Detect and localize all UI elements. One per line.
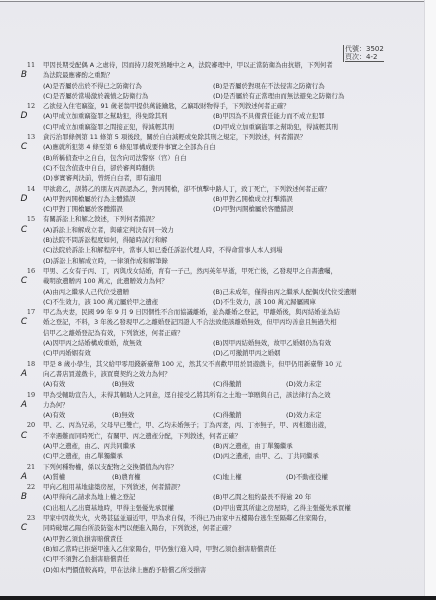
text-line: 13貪污治罪條例第 11 條第 5 項後段，關於自白減輕或免除其刑之規定，下列敘…: [0, 132, 424, 142]
text-line: (C)甲成立加重竊盜罪之間接正犯，得減輕其刑(D)甲成立加重竊盜罪之幫助犯，得減…: [0, 122, 424, 132]
question-number: 21: [25, 462, 37, 472]
question-stem: 貪污治罪條例第 11 條第 5 項後段，關於自白減輕或免除其刑之規定，下列敘述，…: [43, 132, 306, 142]
text-line: 16甲男、乙女有子丙、丁，丙與戊女結婚，育有一子己，然丙英年早逝，甲死亡後，乙發…: [0, 266, 424, 276]
question-13: 13貪污治罪條例第 11 條第 5 項後段，關於自白減輕或免除其刑之規定，下列敘…: [0, 132, 424, 183]
question-list: 11甲因長期受配偶 A 之虐待，因而持刀殺死熟睡中之 A，法院審理中，甲以正當防…: [0, 60, 424, 575]
text-line: (D)如木門價值較高時，甲在法律上應酌予賠償乙所受損害: [0, 565, 424, 575]
answer-option: (D)甲對丙開槍屬於客體錯誤: [213, 204, 293, 214]
answer-option: (C)甲不須對乙負損害賠償責任: [43, 554, 129, 564]
answer-option: (B)如乙當時已拒絕甲進入乙住家陽台，甲仍強行進入時，甲對乙須負損害賠償責任: [43, 544, 276, 554]
text-line: 20甲、乙、丙為兄弟，父母早已雙亡，甲、乙均未婚無子；丁為丙妻，丙、丁亦無子，甲…: [0, 420, 424, 430]
question-12: 12乙欲侵入住宅竊盜，91 歲老翁甲提供萬能鑰匙，乙竊取財物得手，下列敘述何者正…: [0, 101, 424, 132]
text-line: (A)由丙之繼承人己代位受遺贈(B)己未成年，僅得由丙之繼承人配偶戊代位受遺贈: [0, 287, 424, 297]
answer-option: (A)應就所犯第 4 條至第 6 條犯罪構成要件事實之全部為自白: [43, 142, 216, 152]
answer-option: (A)有效: [43, 379, 65, 389]
text-line: (C)是否屬於當場激於義憤之防衛行為(D)是否屬於有正當理由而無法避免之防衛行為: [0, 91, 424, 101]
question-stem: 乙欲侵入住宅竊盜，91 歲老翁甲提供萬能鑰匙，乙竊取財物得手，下列敘述何者正確？: [43, 101, 290, 111]
question-stem: 有關訴訟上和解之敘述，下列何者錯誤？: [43, 214, 158, 224]
question-stem: 甲、乙、丙為兄弟，父母早已雙亡，甲、乙均未婚無子；丁為丙妻，丙、丁亦無子，甲、丙…: [43, 420, 331, 430]
question-stem: 甲為受輔助宣告人，未得其輔助人之同意，逕自接受乙將其所有之土地一筆贈與自己，該法…: [43, 390, 331, 400]
handwritten-answer-mark: D: [18, 194, 30, 204]
text-line: 18甲是 8 歲小學生，其父給甲零用錢新臺幣 100 元，然其父不喜歡甲用於買遊…: [0, 359, 424, 369]
text-line: C同時破壞乙陽台所設防盜木門以便進入陽台，下列敘述，何者正確？: [0, 523, 424, 533]
answer-option: (A)訴訟上和解成立者，與確定判決有同一效力: [43, 225, 174, 235]
question-number: 18: [25, 359, 37, 369]
text-line: (A)因甲丙之結婚構成重婚，故無效(B)因甲丙結婚無效，故甲乙婚姻仍為有效: [0, 338, 424, 348]
text-line: (A)甲對乙須負損害賠償責任: [0, 534, 424, 544]
handwritten-answer-mark: C: [18, 523, 30, 533]
handwritten-answer-mark: A: [18, 369, 30, 379]
answer-option: (B)因甲丙結婚無效，故甲乙婚姻仍為有效: [213, 338, 331, 348]
text-line: (A)甲之遺產，由乙、丙共同繼承(B)丙之遺產，由丁單獨繼承: [0, 441, 424, 451]
question-number: 20: [25, 420, 37, 430]
text-line: 17甲乙為夫妻，民國 99 年 9 月 9 日因個性不合而協議離婚，並為離婚之登…: [0, 307, 424, 317]
text-line: (B)如乙當時已拒絕甲進入乙住家陽台，甲仍強行進入時，甲對乙須負損害賠償責任: [0, 544, 424, 554]
handwritten-answer-mark: D: [18, 111, 30, 121]
text-line: C載明欲遺贈丙 100 萬元，此遺贈效力為何？: [0, 276, 424, 286]
handwritten-answer-mark: C: [18, 225, 30, 235]
question-19: 19甲為受輔助宣告人，未得其輔助人之同意，逕自接受乙將其所有之土地一筆贈與自己，…: [0, 390, 424, 421]
question-number: 17: [25, 307, 37, 317]
text-line: D(A)甲成立加重竊盜罪之幫助犯，得免除其刑(B)甲因為不具備責任能力而不成立犯…: [0, 111, 424, 121]
answer-option: (C)得撤銷: [213, 410, 242, 420]
text-line: B(A)甲得向乙請求為地上權之登記(B)甲乙間之租約最長不得逾 20 年: [0, 492, 424, 502]
answer-option: (C)不包含偵查中自白，卻於審判時翻供: [43, 163, 155, 173]
handwritten-answer-mark: A: [18, 472, 30, 482]
text-line: (C)不包含偵查中自白，卻於審判時翻供: [0, 163, 424, 173]
text-line: 12乙欲侵入住宅竊盜，91 歲老翁甲提供萬能鑰匙，乙竊取財物得手，下列敘述何者正…: [0, 101, 424, 111]
question-15: 15有關訴訟上和解之敘述，下列何者錯誤？C(A)訴訟上和解成立者，與確定判決有同…: [0, 214, 424, 265]
answer-option: (C)不生效力，該 100 萬元屬於甲之遺產: [43, 297, 158, 307]
text-line: 19甲為受輔助宣告人，未得其輔助人之同意，逕自接受乙將其所有之土地一筆贈與自己，…: [0, 390, 424, 400]
answer-option: (B)農育權: [112, 472, 141, 482]
answer-option: (B)是否屬於對現在不法侵害之防衛行為: [213, 81, 325, 91]
question-17: 17甲乙為夫妻，民國 99 年 9 月 9 日因個性不合而協議離婚，並為離婚之登…: [0, 307, 424, 358]
text-line: (C)不生效力，該 100 萬元屬於甲之遺產(D)不生效力，該 100 萬元歸屬…: [0, 297, 424, 307]
question-stem: 不幸遇難而同時死亡，有關甲、丙之遺產分配，下列敘述，何者正確？: [43, 431, 241, 441]
answer-option: (B)法院不問訴訟程度如何，得隨時試行和解: [43, 235, 167, 245]
answer-option: (C)是否屬於當場激於義憤之防衛行為: [43, 91, 148, 101]
question-number: 23: [25, 513, 37, 523]
text-line: (C)甲丙婚姻有效(D)乙可撤銷甲丙之婚姻: [0, 348, 424, 358]
answer-option: (A)甲成立加重竊盜罪之幫助犯，得免除其刑: [43, 111, 167, 121]
exam-code: 代號：3502: [345, 45, 384, 53]
answer-option: (A)甲之遺產，由乙、丙共同繼承: [43, 441, 135, 451]
question-stem: 甲向乙租用基地建築房屋，下列敘述，何者錯誤？: [43, 482, 184, 492]
answer-option: (D)丙之遺產，由甲、乙、丁共同繼承: [213, 451, 319, 461]
text-line: (C)甲對丁開槍屬於客體錯誤(D)甲對丙開槍屬於客體錯誤: [0, 204, 424, 214]
answer-option: (B)甲因為不具備責任能力而不成立犯罪: [213, 111, 325, 121]
answer-option: (C)法院於訴訟上和解程序中，當事人如已委任訴訟代理人時，不得命當事人本人到場: [43, 245, 283, 255]
text-line: (C)甲之遺產，由乙單獨繼承(D)丙之遺產，由甲、乙、丁共同繼承: [0, 451, 424, 461]
text-line: 22甲向乙租用基地建築房屋，下列敘述，何者錯誤？: [0, 482, 424, 492]
question-stem: 下列何種物權，係以支配物之交換價值為內容？: [43, 462, 177, 472]
question-18: 18甲是 8 歲小學生，其父給甲零用錢新臺幣 100 元，然其父不喜歡甲用於買遊…: [0, 359, 424, 390]
text-line: C不幸遇難而同時死亡，有關甲、丙之遺產分配，下列敘述，何者正確？: [0, 431, 424, 441]
answer-option: (A)甲對乙須負損害賠償責任: [43, 534, 123, 544]
question-stem: 為法院最應審酌之重點？: [43, 70, 113, 80]
question-23: 23甲家中因故失火，火勢甚猛並逼近甲，甲為求自保，不得已乃由家中五樓陽台逃生至隔…: [0, 513, 424, 575]
question-22: 22甲向乙租用基地建築房屋，下列敘述，何者錯誤？B(A)甲得向乙請求為地上權之登…: [0, 482, 424, 513]
answer-option: (C)甲成立加重竊盜罪之間接正犯，得減輕其刑: [43, 122, 174, 132]
answer-option: (D)甲出賣其所建之房屋時，乙得主張優先承買權: [213, 503, 351, 513]
question-stem: 甲乙為夫妻，民國 99 年 9 月 9 日因個性不合而協議離婚，並為離婚之登記，…: [43, 307, 340, 317]
answer-option: (A)甲得向乙請求為地上權之登記: [43, 492, 135, 502]
answer-option: (D)乙可撤銷甲丙之婚姻: [213, 348, 280, 358]
question-21: 21下列何種物權，係以支配物之交換價值為內容？A(A)質權(B)農育權(C)地上…: [0, 462, 424, 483]
handwritten-answer-mark: C: [18, 276, 30, 286]
text-line: 14甲欲殺乙，誤將乙的朋友丙誤認為乙，對丙開槍，卻不慎擊中路人丁，致丁死亡，下列…: [0, 184, 424, 194]
question-stem: 甲欲殺乙，誤將乙的朋友丙誤認為乙，對丙開槍，卻不慎擊中路人丁，致丁死亡，下列敘述…: [43, 184, 331, 194]
question-11: 11甲因長期受配偶 A 之虐待，因而持刀殺死熟睡中之 A，法院審理中，甲以正當防…: [0, 60, 424, 101]
answer-option: (A)質權: [43, 472, 65, 482]
text-line: 21下列何種物權，係以支配物之交換價值為內容？: [0, 462, 424, 472]
answer-option: (D)訴訟上和解成立時，一律須作成和解筆錄: [43, 256, 168, 266]
answer-option: (C)甲對丁開槍屬於客體錯誤: [43, 204, 123, 214]
question-stem: 甲是 8 歲小學生，其父給甲零用錢新臺幣 100 元，然其父不喜歡甲用於買遊戲卡…: [43, 359, 342, 369]
answer-option: (C)出租人乙出賣基地時，甲得主張優先承買權: [43, 503, 174, 513]
text-line: 11甲因長期受配偶 A 之虐待，因而持刀殺死熟睡中之 A，法院審理中，甲以正當防…: [0, 60, 424, 70]
answer-option: (B)所稱偵查中之自白，包含向司法警察（官）自白: [43, 153, 187, 163]
text-line: (D)訴訟上和解成立時，一律須作成和解筆錄: [0, 256, 424, 266]
handwritten-answer-mark: C: [18, 431, 30, 441]
text-line: (B)所稱偵查中之自白，包含向司法警察（官）自白: [0, 153, 424, 163]
handwritten-answer-mark: C: [18, 317, 30, 327]
answer-option: (D)事實審判決前，曾經自白者，即有適用: [43, 173, 162, 183]
answer-option: (A)有效: [43, 410, 65, 420]
text-line: (A)是否屬於出於不得已之防衛行為(B)是否屬於對現在不法侵害之防衛行為: [0, 81, 424, 91]
question-number: 14: [25, 184, 37, 194]
text-line: (C)甲不須對乙負損害賠償責任: [0, 554, 424, 564]
answer-option: (B)己未成年，僅得由丙之繼承人配偶戊代位受遺贈: [213, 287, 357, 297]
text-line: C婚之登記，不料，3 年後乙發現甲乙之離婚登記因證人不合法致使該離婚無效，但甲丙…: [0, 317, 424, 327]
answer-option: (B)甲對乙開槍成立打擊錯誤: [213, 194, 293, 204]
answer-option: (C)地上權: [213, 472, 242, 482]
answer-option: (B)無效: [112, 410, 134, 420]
answer-option: (C)甲之遺產，由乙單獨繼承: [43, 451, 123, 461]
answer-option: (D)如木門價值較高時，甲在法律上應酌予賠償乙所受損害: [43, 565, 206, 575]
question-stem: 婚之登記，不料，3 年後乙發現甲乙之離婚登記因證人不合法致使該離婚無效，但甲丙均…: [43, 317, 337, 327]
text-line: (B)法院不問訴訟程度如何，得隨時試行和解: [0, 235, 424, 245]
answer-option: (A)是否屬於出於不得已之防衛行為: [43, 81, 142, 91]
answer-option: (D)效力未定: [286, 379, 321, 389]
answer-option: (D)效力未定: [286, 410, 321, 420]
text-line: C(A)訴訟上和解成立者，與確定判決有同一效力: [0, 225, 424, 235]
scan-edge-strip: [424, 0, 436, 600]
question-20: 20甲、乙、丙為兄弟，父母早已雙亡，甲、乙均未婚無子；丁為丙妻，丙、丁亦無子，甲…: [0, 420, 424, 461]
answer-option: (B)甲乙間之租約最長不得逾 20 年: [213, 492, 311, 502]
answer-option: (D)不生效力，該 100 萬元歸屬國庫: [213, 297, 316, 307]
scanned-exam-page: 代號：3502 頁次：4-2 11甲因長期受配偶 A 之虐待，因而持刀殺死熟睡中…: [0, 1, 424, 598]
text-line: (C)法院於訴訟上和解程序中，當事人如已委任訴訟代理人時，不得命當事人本人到場: [0, 245, 424, 255]
question-number: 22: [25, 482, 37, 492]
scan-bottom-edge: [0, 596, 436, 600]
question-stem: 同時破壞乙陽台所設防盜木門以便進入陽台，下列敘述，何者正確？: [43, 523, 235, 533]
answer-option: (A)由丙之繼承人己代位受遺贈: [43, 287, 129, 297]
answer-option: (C)得撤銷: [213, 379, 242, 389]
text-line: A(A)質權(B)農育權(C)地上權(D)不動產役權: [0, 472, 424, 482]
text-line: C(A)應就所犯第 4 條至第 6 條犯罪構成要件事實之全部為自白: [0, 142, 424, 152]
answer-option: (D)不動產役權: [286, 472, 328, 482]
answer-option: (B)無效: [112, 379, 134, 389]
text-line: 23甲家中因故失火，火勢甚猛並逼近甲，甲為求自保，不得已乃由家中五樓陽台逃生至隔…: [0, 513, 424, 523]
question-stem: 向乙書店買遊戲卡，該買賣契約之效力為何？: [43, 369, 171, 379]
text-line: B為法院最應審酌之重點？: [0, 70, 424, 80]
question-stem: 信甲乙之離婚登記為有效，下列敘述，何者正確？: [43, 328, 184, 338]
text-line: A力為何？: [0, 400, 424, 410]
question-16: 16甲男、乙女有子丙、丁，丙與戊女結婚，育有一子己，然丙英年早逝，甲死亡後，乙發…: [0, 266, 424, 307]
question-number: 12: [25, 101, 37, 111]
handwritten-answer-mark: B: [18, 492, 30, 502]
text-line: (A)有效(B)無效(C)得撤銷(D)效力未定: [0, 379, 424, 389]
question-number: 13: [25, 132, 37, 142]
question-stem: 甲因長期受配偶 A 之虐待，因而持刀殺死熟睡中之 A，法院審理中，甲以正當防衛為…: [43, 60, 333, 70]
answer-option: (A)甲對丙開槍屬於行為主體錯誤: [43, 194, 135, 204]
question-stem: 甲男、乙女有子丙、丁，丙與戊女結婚，育有一子己，然丙英年早逝，甲死亡後，乙發現甲…: [43, 266, 337, 276]
answer-option: (A)因甲丙之結婚構成重婚，故無效: [43, 338, 142, 348]
answer-option: (C)甲丙婚姻有效: [43, 348, 91, 358]
handwritten-answer-mark: A: [18, 400, 30, 410]
text-line: A向乙書店買遊戲卡，該買賣契約之效力為何？: [0, 369, 424, 379]
question-stem: 力為何？: [43, 400, 69, 410]
text-line: 15有關訴訟上和解之敘述，下列何者錯誤？: [0, 214, 424, 224]
question-number: 11: [25, 60, 37, 70]
answer-option: (D)甲成立加重竊盜罪之幫助犯，得減輕其刑: [213, 122, 338, 132]
text-line: (D)事實審判決前，曾經自白者，即有適用: [0, 173, 424, 183]
text-line: (C)出租人乙出賣基地時，甲得主張優先承買權(D)甲出賣其所建之房屋時，乙得主張…: [0, 503, 424, 513]
question-stem: 甲家中因故失火，火勢甚猛並逼近甲，甲為求自保，不得已乃由家中五樓陽台逃生至隔鄰乙…: [43, 513, 331, 523]
text-line: 信甲乙之離婚登記為有效，下列敘述，何者正確？: [0, 328, 424, 338]
handwritten-answer-mark: C: [18, 142, 30, 152]
text-line: (A)有效(B)無效(C)得撤銷(D)效力未定: [0, 410, 424, 420]
question-number: 16: [25, 266, 37, 276]
text-line: D(A)甲對丙開槍屬於行為主體錯誤(B)甲對乙開槍成立打擊錯誤: [0, 194, 424, 204]
question-stem: 載明欲遺贈丙 100 萬元，此遺贈效力為何？: [43, 276, 168, 286]
question-number: 15: [25, 214, 37, 224]
handwritten-answer-mark: B: [18, 70, 30, 80]
question-14: 14甲欲殺乙，誤將乙的朋友丙誤認為乙，對丙開槍，卻不慎擊中路人丁，致丁死亡，下列…: [0, 184, 424, 215]
answer-option: (D)是否屬於有正當理由而無法避免之防衛行為: [213, 91, 344, 101]
answer-option: (B)丙之遺產，由丁單獨繼承: [213, 441, 293, 451]
question-number: 19: [25, 390, 37, 400]
